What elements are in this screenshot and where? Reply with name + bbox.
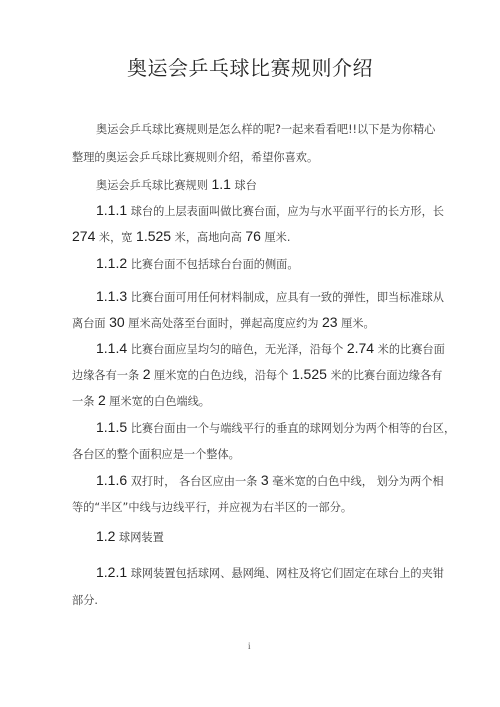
- text-line: 各台区的整个面积应是一个整体。: [72, 446, 240, 462]
- text-line: 1.1.2 比赛台面不包括球台台面的侧面。: [96, 255, 299, 272]
- number-text: 1.1.1: [96, 202, 127, 218]
- body-text: 比赛台面由一个与端线平行的垂直的球网划分为两个相等的台区，: [127, 422, 455, 435]
- body-text: 奥运会乒乓球比赛规则: [96, 179, 211, 192]
- number-text: 1.1.5: [96, 419, 127, 435]
- body-text: 厘米.: [261, 231, 291, 244]
- body-text: 双打时， 各台区应由一条: [127, 475, 261, 488]
- body-text: 部分.: [72, 594, 98, 607]
- number-text: 76: [245, 228, 261, 244]
- text-line: 1.1.4 比赛台面应呈均匀的暗色，无光泽，沿每个 2.74 米的比赛台面: [96, 340, 445, 357]
- text-line: 部分.: [72, 592, 98, 608]
- text-line: 1.1.5 比赛台面由一个与端线平行的垂直的球网划分为两个相等的台区，: [96, 419, 455, 436]
- body-text: 离台面: [72, 317, 109, 330]
- body-text: 毫米宽的白色中线， 划分为两个相: [269, 475, 444, 488]
- number-text: 1.1.4: [96, 340, 127, 356]
- number-text: 2: [98, 392, 106, 408]
- body-text: 球网装置包括球网、悬网绳、网柱及将它们固定在球台上的夹钳: [127, 567, 444, 580]
- number-text: 1.1.6: [96, 472, 127, 488]
- number-text: 2.74: [347, 340, 374, 356]
- number-text: 23: [322, 314, 338, 330]
- body-text: 米，高地向高: [171, 231, 245, 244]
- body-text: 奥运会乒乓球比赛规则是怎么样的呢?一起来看看吧!!以下是为你精心: [96, 123, 435, 136]
- number-text: 1.1: [211, 176, 230, 192]
- body-text: 比赛台面不包括球台台面的侧面。: [127, 258, 298, 271]
- body-text: 厘米宽的白色边线，沿每个: [150, 369, 291, 382]
- text-line: 离台面 30 厘米高处落至台面时，弹起高度应约为 23 厘米。: [72, 314, 375, 331]
- document-title: 奥运会乒乓球比赛规则介绍: [0, 52, 500, 81]
- text-line: 边缘各有一条 2 厘米宽的白色边线，沿每个 1.525 米的比赛台面边缘各有: [72, 366, 442, 383]
- body-text: 各台区的整个面积应是一个整体。: [72, 448, 240, 461]
- number-text: 1.1.2: [96, 255, 127, 271]
- body-text: 边缘各有一条: [72, 369, 143, 382]
- body-text: 厘米。: [338, 317, 375, 330]
- body-text: 等的“半区”中线与边线平行，并应视为右半区的一部分。: [72, 501, 352, 514]
- body-text: 米，宽: [95, 231, 136, 244]
- body-text: 米的比赛台面: [374, 343, 445, 356]
- body-text: 整理的奥运会乒乓球比赛规则介绍，希望你喜欢。: [72, 151, 318, 164]
- number-text: 1.2: [96, 528, 115, 544]
- body-text: 比赛台面应呈均匀的暗色，无光泽，沿每个: [127, 343, 347, 356]
- body-text: 球网装置: [115, 531, 163, 544]
- text-line: 1.1.6 双打时， 各台区应由一条 3 毫米宽的白色中线， 划分为两个相: [96, 472, 444, 489]
- number-text: 1.1.3: [96, 288, 127, 304]
- number-text: 30: [109, 314, 125, 330]
- number-text: 274: [72, 228, 95, 244]
- text-line: 274 米，宽 1.525 米，高地向高 76 厘米.: [72, 228, 290, 245]
- text-line: 1.1.3 比赛台面可用任何材料制成，应具有一致的弹性，即当标准球从: [96, 288, 444, 305]
- number-text: 1.525: [136, 228, 171, 244]
- body-text: 一条: [72, 395, 98, 408]
- text-line: 1.1.1 球台的上层表面叫做比赛台面，应为与水平面平行的长方形，长: [96, 202, 444, 219]
- text-line: 一条 2 厘米宽的白色端线。: [72, 392, 210, 409]
- body-text: 米的比赛台面边缘各有: [327, 369, 442, 382]
- page-number: i: [248, 641, 251, 651]
- text-line: 整理的奥运会乒乓球比赛规则介绍，希望你喜欢。: [72, 149, 318, 165]
- number-text: 3: [261, 472, 269, 488]
- body-text: 球台的上层表面叫做比赛台面，应为与水平面平行的长方形，长: [127, 205, 444, 218]
- body-text: 厘米高处落至台面时，弹起高度应约为: [125, 317, 322, 330]
- text-line: 奥运会乒乓球比赛规则是怎么样的呢?一起来看看吧!!以下是为你精心: [96, 121, 435, 137]
- text-line: 1.2.1 球网装置包括球网、悬网绳、网柱及将它们固定在球台上的夹钳: [96, 564, 444, 581]
- body-text: 比赛台面可用任何材料制成，应具有一致的弹性，即当标准球从: [127, 291, 444, 304]
- number-text: 1.2.1: [96, 564, 127, 580]
- text-line: 等的“半区”中线与边线平行，并应视为右半区的一部分。: [72, 499, 352, 515]
- text-line: 1.2 球网装置: [96, 528, 164, 545]
- body-text: 厘米宽的白色端线。: [106, 395, 210, 408]
- text-line: 奥运会乒乓球比赛规则 1.1 球台: [96, 176, 257, 193]
- number-text: 1.525: [292, 366, 327, 382]
- body-text: 球台: [231, 179, 257, 192]
